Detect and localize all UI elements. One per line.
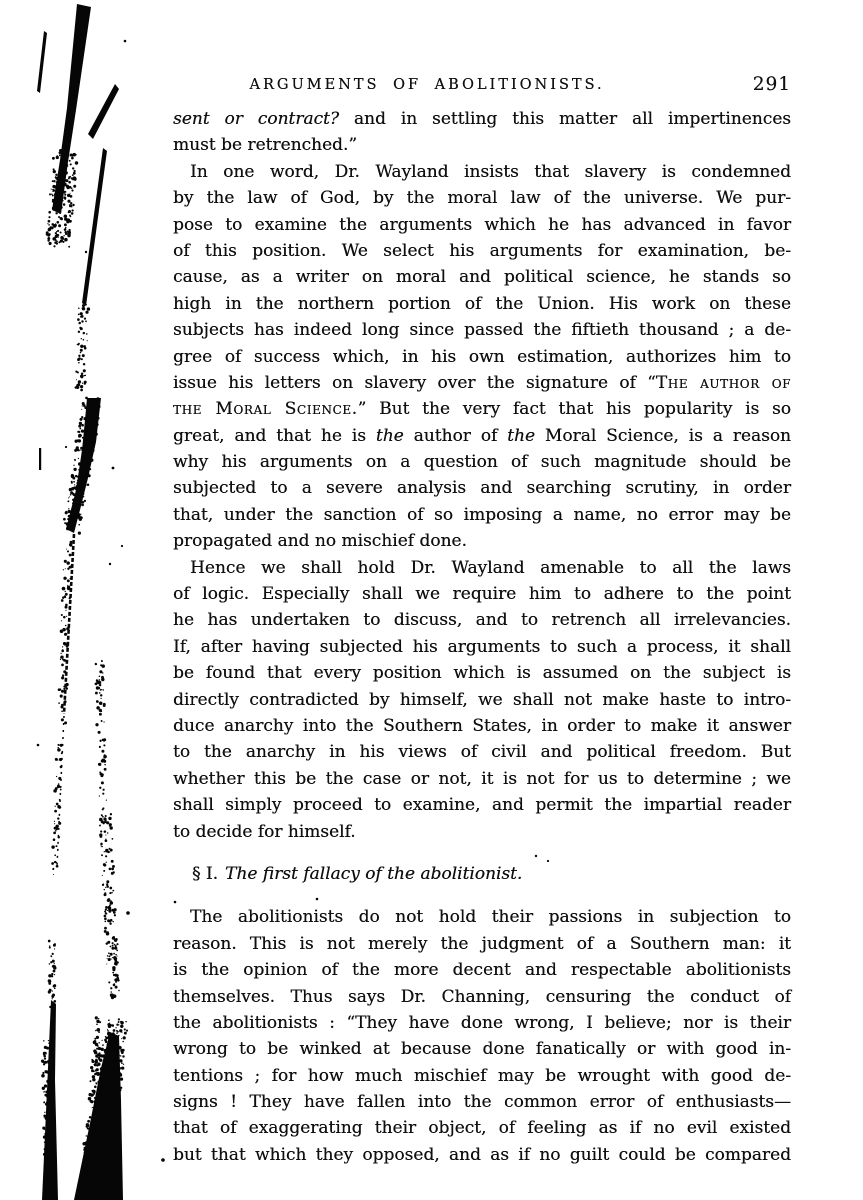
text-segment: whether this be the case or not, it is n… [173, 769, 791, 789]
text-line: subjected to a severe analysis and searc… [173, 475, 791, 501]
text-line: gree of success which, in his own estima… [173, 344, 791, 370]
paragraph: Hence we shall hold Dr. Wayland amenable… [173, 555, 791, 845]
text-line: directly contradicted by himself, we sha… [173, 687, 791, 713]
text-line: reason. This is not merely the judgment … [173, 931, 791, 957]
text-segment: The abolitionists do not hold their pass… [190, 907, 791, 927]
text-segment: issue his letters on slavery over the si… [173, 373, 656, 393]
text-segment: to decide for himself. [173, 822, 356, 842]
text-line: whether this be the case or not, it is n… [173, 766, 791, 792]
text-line: why his arguments on a question of such … [173, 449, 791, 475]
text-segment: gree of success which, in his own estima… [173, 347, 791, 367]
text-segment: Moral Science, is a reason [535, 426, 791, 446]
text-segment: propagated and no mischief done. [173, 531, 467, 551]
text-segment: of this position. We select his argument… [173, 241, 791, 261]
text-segment: why his arguments on a question of such … [173, 452, 791, 472]
text-segment: duce anarchy into the Southern States, i… [173, 716, 791, 736]
text-segment: be found that every position which is as… [173, 663, 791, 683]
text-segment: ” But the very fact that his popularity … [358, 399, 791, 419]
text-segment: shall simply proceed to examine, and per… [173, 795, 791, 815]
text-segment: he has undertaken to discuss, and to ret… [173, 610, 791, 630]
paragraph: sent or contract? and in settling this m… [173, 106, 791, 159]
text-line: Hence we shall hold Dr. Wayland amenable… [173, 555, 791, 581]
text-segment: must be retrenched.” [173, 135, 357, 155]
text-line: be found that every position which is as… [173, 660, 791, 686]
text-segment: of logic. Especially shall we require hi… [173, 584, 791, 604]
italic-text: The first fallacy of the abolitionist. [225, 864, 522, 884]
text-line: he has undertaken to discuss, and to ret… [173, 607, 791, 633]
text-line: to the anarchy in his views of civil and… [173, 739, 791, 765]
paragraph: In one word, Dr. Wayland insists that sl… [173, 159, 791, 555]
text-segment: subjects has indeed long since passed th… [173, 320, 791, 340]
smallcaps-text: The author of [656, 373, 791, 393]
text-segment: but that which they opposed, and as if n… [173, 1145, 791, 1165]
text-segment: In one word, Dr. Wayland insists that sl… [190, 162, 791, 182]
text-line: In one word, Dr. Wayland insists that sl… [173, 159, 791, 185]
text-line: cause, as a writer on moral and politica… [173, 264, 791, 290]
text-segment: If, after having subjected his arguments… [173, 637, 791, 657]
text-line: If, after having subjected his arguments… [173, 634, 791, 660]
text-line: The abolitionists do not hold their pass… [173, 904, 791, 930]
text-line: issue his letters on slavery over the si… [173, 370, 791, 396]
text-line: sent or contract? and in settling this m… [173, 106, 791, 132]
text-line: wrong to be winked at because done fanat… [173, 1036, 791, 1062]
text-line: pose to examine the arguments which he h… [173, 212, 791, 238]
text-line: but that which they opposed, and as if n… [173, 1142, 791, 1168]
text-segment: directly contradicted by himself, we sha… [173, 690, 791, 710]
text-segment: pose to examine the arguments which he h… [173, 215, 791, 235]
italic-text: the [376, 426, 404, 446]
text-segment: cause, as a writer on moral and politica… [173, 267, 791, 287]
paragraph: The abolitionists do not hold their pass… [173, 904, 791, 1168]
section-heading: § I.The first fallacy of the abolitionis… [173, 861, 791, 887]
italic-text: sent or contract? [173, 109, 339, 129]
page-number: 291 [719, 74, 791, 95]
text-segment: and in settling this matter all impertin… [339, 109, 791, 129]
text-segment: reason. This is not merely the judgment … [173, 934, 791, 954]
text-segment: subjected to a severe analysis and searc… [173, 478, 791, 498]
book-page: ARGUMENTS OF ABOLITIONISTS. 291 sent or … [0, 0, 863, 1200]
text-line: the abolitionists : “They have done wron… [173, 1010, 791, 1036]
text-line: great, and that he is the author of the … [173, 423, 791, 449]
body-text: sent or contract? and in settling this m… [173, 106, 791, 1168]
text-segment: signs ! They have fallen into the common… [173, 1092, 791, 1112]
italic-text: the [507, 426, 535, 446]
text-line: tentions ; for how much mischief may be … [173, 1063, 791, 1089]
page-header: ARGUMENTS OF ABOLITIONISTS. 291 [173, 74, 791, 100]
text-segment: high in the northern portion of the Unio… [173, 294, 791, 314]
text-line: signs ! They have fallen into the common… [173, 1089, 791, 1115]
text-segment: to the anarchy in his views of civil and… [173, 742, 791, 762]
text-line: that, under the sanction of so imposing … [173, 502, 791, 528]
text-segment: the abolitionists : “They have done wron… [173, 1013, 791, 1033]
running-head-title: ARGUMENTS OF ABOLITIONISTS. [173, 77, 681, 93]
text-line: duce anarchy into the Southern States, i… [173, 713, 791, 739]
text-segment: that of exaggerating their object, of fe… [173, 1118, 791, 1138]
text-line: by the law of God, by the moral law of t… [173, 185, 791, 211]
text-line: of logic. Especially shall we require hi… [173, 581, 791, 607]
text-line: high in the northern portion of the Unio… [173, 291, 791, 317]
text-line: that of exaggerating their object, of fe… [173, 1115, 791, 1141]
text-segment: great, and that he is [173, 426, 376, 446]
text-segment: author of [404, 426, 507, 446]
text-segment: § I. [192, 864, 218, 884]
text-line: propagated and no mischief done. [173, 528, 791, 554]
text-segment: Hence we shall hold Dr. Wayland amenable… [190, 558, 791, 578]
text-segment: that, under the sanction of so imposing … [173, 505, 791, 525]
smallcaps-text: the Moral Science. [173, 399, 358, 419]
text-line: is the opinion of the more decent and re… [173, 957, 791, 983]
text-line: themselves. Thus says Dr. Channing, cens… [173, 984, 791, 1010]
text-segment: is the opinion of the more decent and re… [173, 960, 791, 980]
text-segment: themselves. Thus says Dr. Channing, cens… [173, 987, 791, 1007]
text-line: of this position. We select his argument… [173, 238, 791, 264]
text-line: to decide for himself. [173, 819, 791, 845]
text-segment: wrong to be winked at because done fanat… [173, 1039, 791, 1059]
text-line: subjects has indeed long since passed th… [173, 317, 791, 343]
text-line: must be retrenched.” [173, 132, 791, 158]
text-line: the Moral Science.” But the very fact th… [173, 396, 791, 422]
text-segment: tentions ; for how much mischief may be … [173, 1066, 791, 1086]
text-segment: by the law of God, by the moral law of t… [173, 188, 791, 208]
text-line: shall simply proceed to examine, and per… [173, 792, 791, 818]
